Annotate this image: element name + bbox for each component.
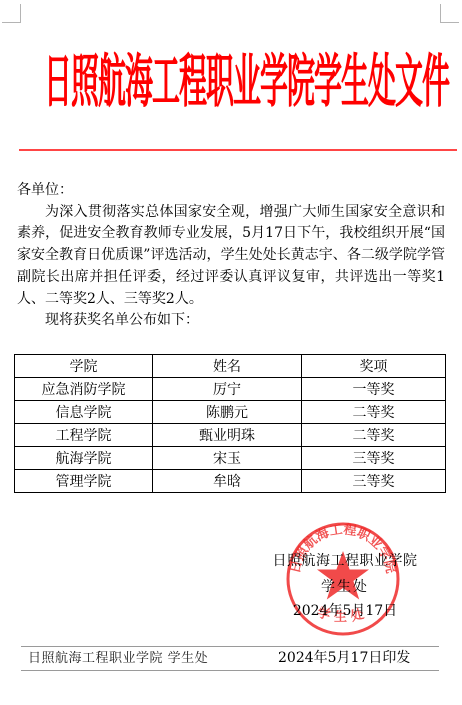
signature-organization: 日照航海工程职业学院 bbox=[255, 552, 435, 570]
cell-award: 一等奖 bbox=[301, 378, 445, 401]
cell-award: 二等奖 bbox=[301, 401, 445, 424]
cell-name: 牟晗 bbox=[153, 470, 302, 493]
cell-award: 三等奖 bbox=[301, 447, 445, 470]
cell-award: 三等奖 bbox=[301, 470, 445, 493]
cell-name: 陈鹏元 bbox=[153, 401, 302, 424]
header-name: 姓名 bbox=[153, 355, 302, 378]
table-row: 应急消防学院 厉宁 一等奖 bbox=[15, 378, 446, 401]
header-college: 学院 bbox=[15, 355, 153, 378]
footer-top-rule bbox=[21, 646, 439, 647]
page-corner-mark-top-right bbox=[440, 4, 459, 23]
document-body: 各单位： 为深入贯彻落实总体国家安全观，增强广大师生国家安全意识和素养，促进安全… bbox=[17, 180, 445, 332]
cell-award: 二等奖 bbox=[301, 424, 445, 447]
header-red-rule bbox=[19, 149, 457, 151]
cell-college: 工程学院 bbox=[15, 424, 153, 447]
table-row: 管理学院 牟晗 三等奖 bbox=[15, 470, 446, 493]
footer-issue-date: 2024年5月17日印发 bbox=[278, 649, 410, 667]
cell-name: 甄业明珠 bbox=[153, 424, 302, 447]
table-row: 信息学院 陈鹏元 二等奖 bbox=[15, 401, 446, 424]
signature-date: 2024年5月17日 bbox=[255, 602, 435, 620]
table-header-row: 学院 姓名 奖项 bbox=[15, 355, 446, 378]
cell-college: 信息学院 bbox=[15, 401, 153, 424]
award-winners-table: 学院 姓名 奖项 应急消防学院 厉宁 一等奖 信息学院 陈鹏元 二等奖 工程学院… bbox=[14, 354, 446, 493]
table-row: 工程学院 甄业明珠 二等奖 bbox=[15, 424, 446, 447]
header-award: 奖项 bbox=[301, 355, 445, 378]
cell-name: 宋玉 bbox=[153, 447, 302, 470]
cell-name: 厉宁 bbox=[153, 378, 302, 401]
table-row: 航海学院 宋玉 三等奖 bbox=[15, 447, 446, 470]
cell-college: 航海学院 bbox=[15, 447, 153, 470]
signature-department: 学生处 bbox=[255, 578, 435, 596]
cell-college: 应急消防学院 bbox=[15, 378, 153, 401]
footer-issuer: 日照航海工程职业学院 学生处 bbox=[28, 650, 208, 668]
body-paragraph-2: 现将获奖名单公布如下： bbox=[17, 310, 445, 332]
page-corner-mark-top-left bbox=[2, 4, 21, 23]
document-header-title: 日照航海工程职业学院学生处文件 bbox=[44, 52, 428, 179]
footer-bottom-rule bbox=[21, 670, 439, 671]
cell-college: 管理学院 bbox=[15, 470, 153, 493]
salutation: 各单位： bbox=[17, 180, 445, 202]
body-paragraph-1: 为深入贯彻落实总体国家安全观，增强广大师生国家安全意识和素养，促进安全教育教师专… bbox=[17, 202, 445, 311]
